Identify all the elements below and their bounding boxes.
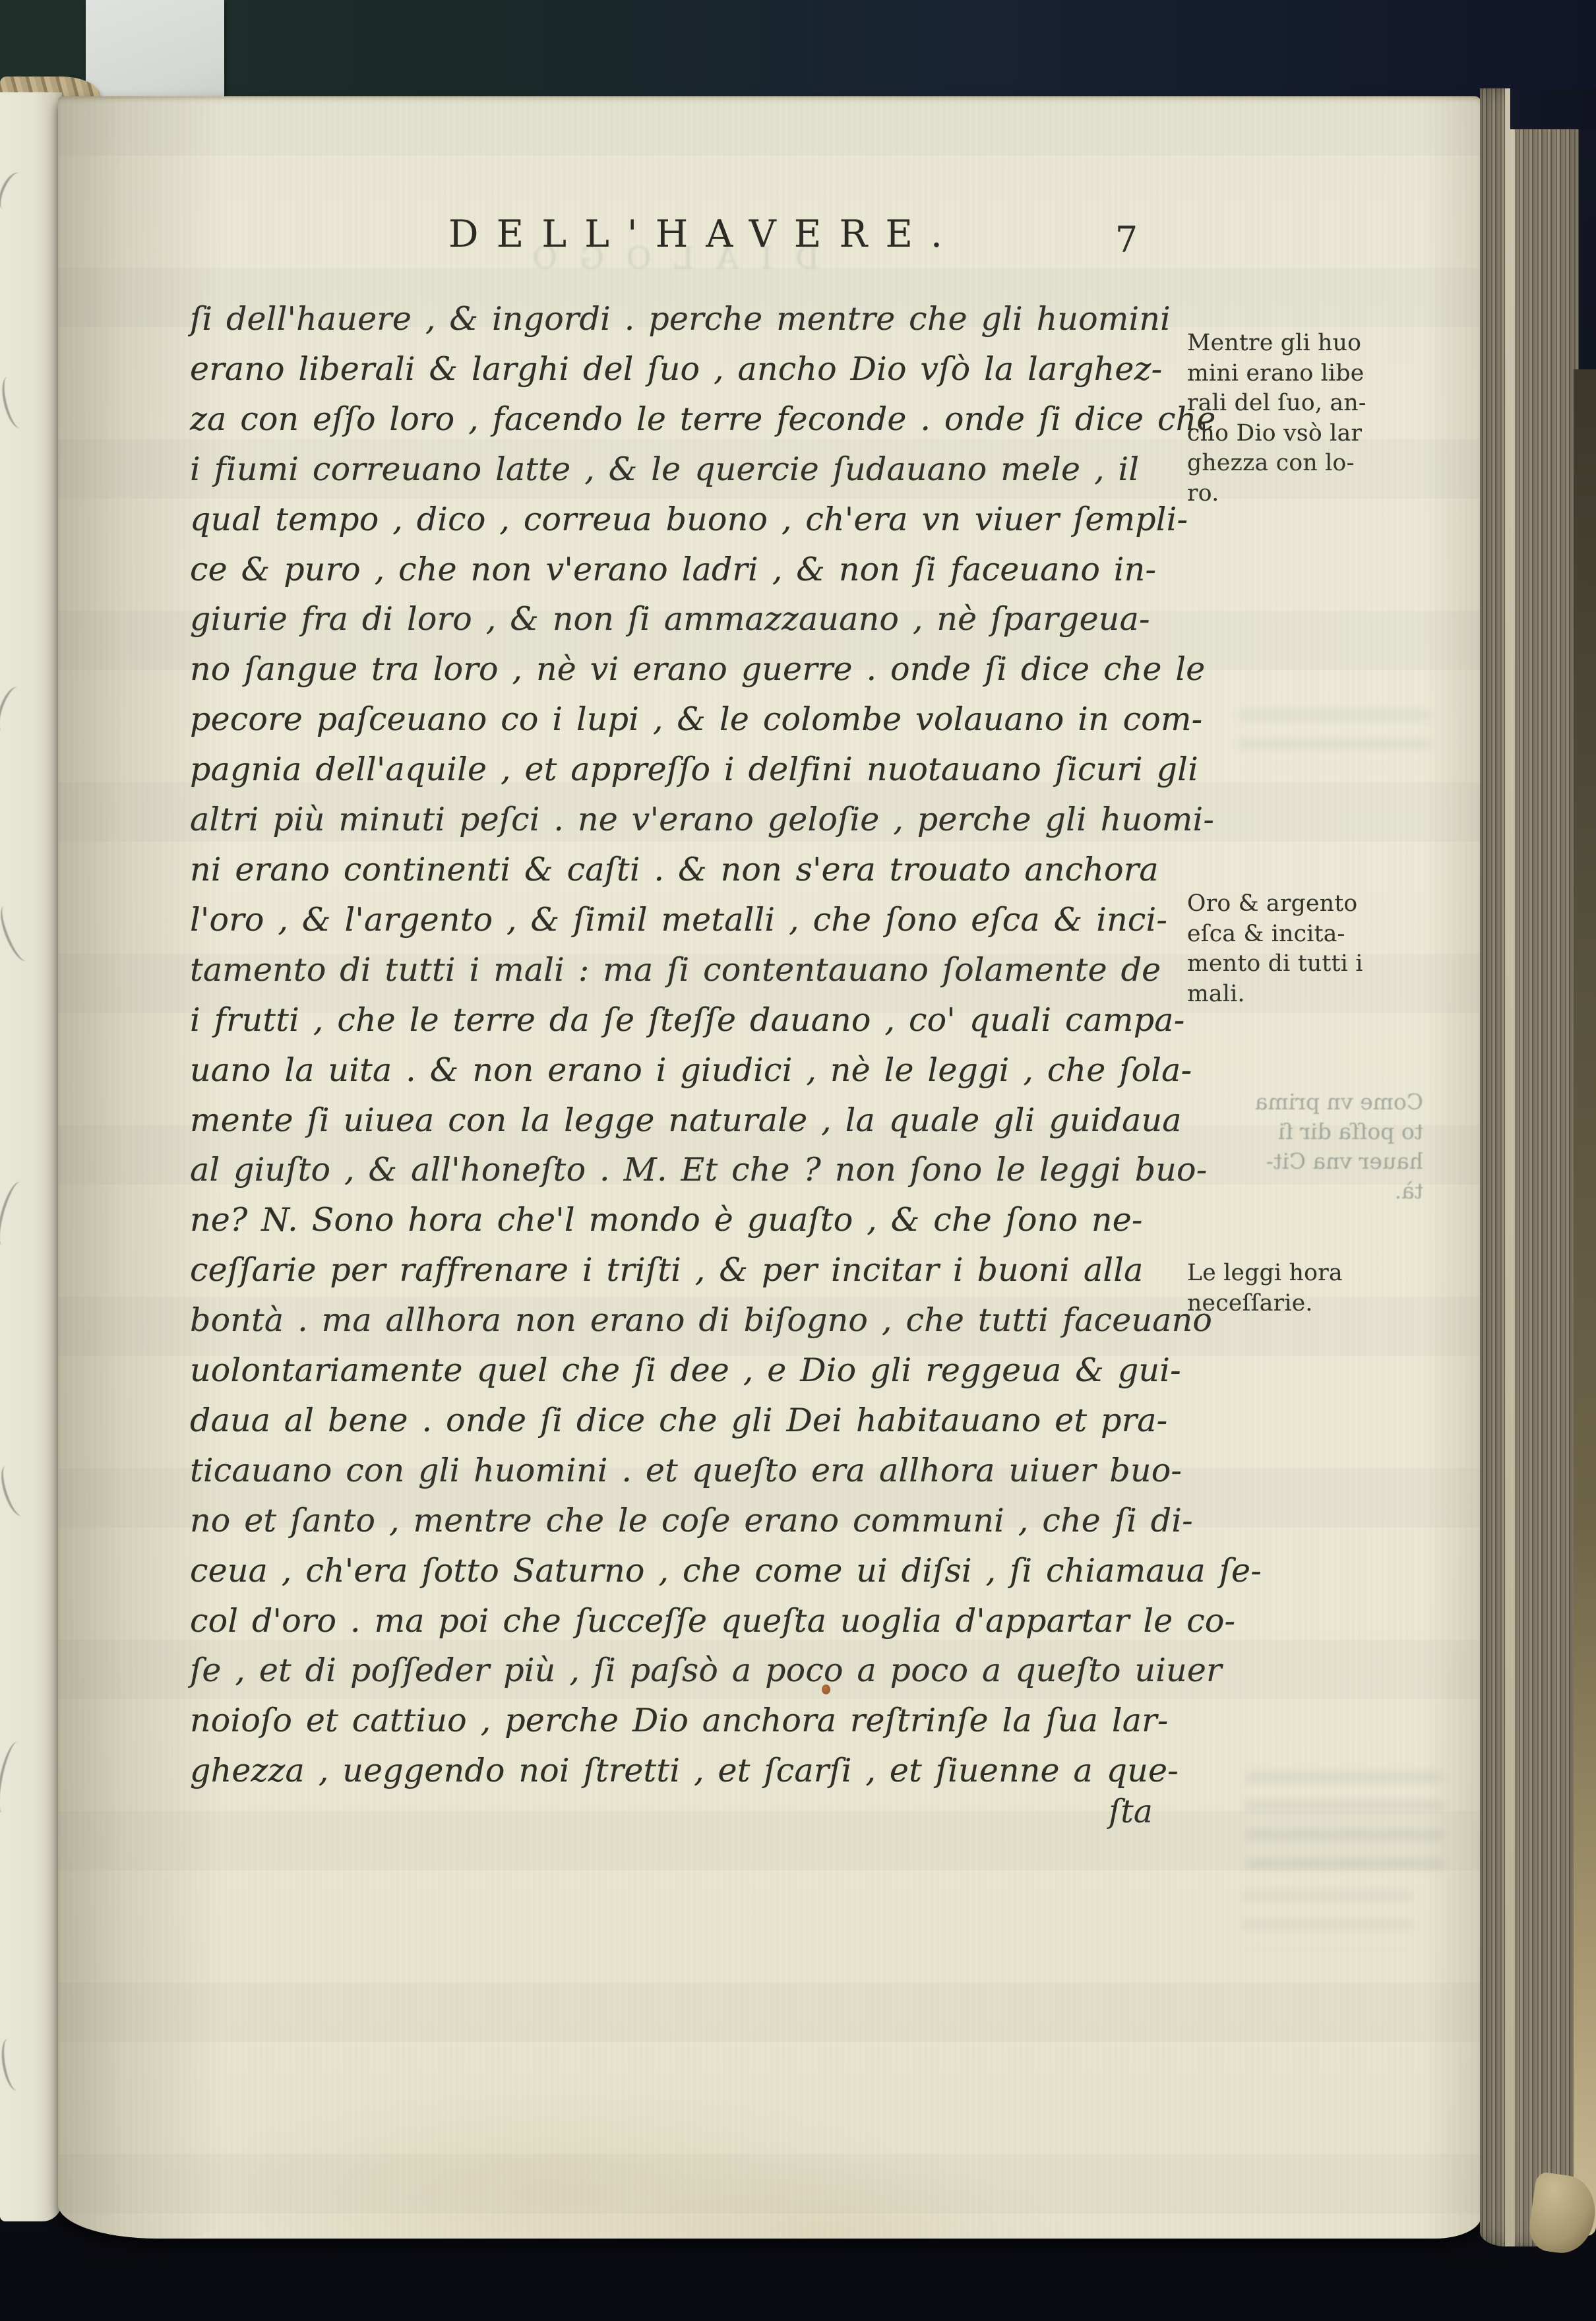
bleedthrough-line: hauer vna Cit- [1179, 1146, 1423, 1176]
text-line: qual tempo , dico , correua buono , ch'e… [190, 495, 1173, 545]
text-line: daua al bene . onde ſi dice che gli Dei … [190, 1396, 1173, 1446]
margin-note-line: ghezza con lo- [1187, 449, 1422, 479]
ink-fragment [0, 902, 36, 965]
text-line: ni erano continenti & caſti . & non s'er… [190, 845, 1173, 895]
ink-fragment [0, 1740, 27, 1815]
text-line: ceua , ch'era ſotto Saturno , che come u… [190, 1546, 1173, 1596]
text-line: l'oro , & l'argento , & ſimil metalli , … [190, 895, 1173, 945]
text-line: giurie fra di loro , & non ſi ammazzauan… [190, 594, 1173, 644]
page-number: 7 [1087, 219, 1166, 261]
text-line: ce & puro , che non v'erano ladri , & no… [190, 545, 1173, 595]
text-line: no ſangue tra loro , nè vi erano guerre … [190, 644, 1173, 695]
text-line: ſi dell'hauere , & ingordi . perche ment… [190, 294, 1173, 344]
text-line: bontà . ma allhora non erano di biſogno … [190, 1295, 1173, 1346]
margin-note: Mentre gli huomini erano liberali del ſu… [1187, 328, 1422, 509]
margin-note-line: ro. [1187, 479, 1422, 509]
text-line: pagnia dell'aquile , et appreſſo i delfi… [190, 745, 1173, 795]
margin-note-line: rali del ſuo, an- [1187, 388, 1422, 419]
book-cover-edge [1574, 369, 1596, 2236]
bleedthrough-line: tà. [1179, 1176, 1423, 1206]
margin-note-line: Le leggi hora [1187, 1258, 1422, 1289]
text-line: tamento di tutti i mali : ma ſi contenta… [190, 945, 1173, 995]
margin-note-line: Oro & argento [1187, 889, 1422, 919]
catchword: ſta [981, 1793, 1153, 1830]
bleedthrough-note: Come vn primato poſſa dir ſihauer vna Ci… [1179, 1087, 1423, 1206]
text-line: za con eſſo loro , facendo le terre feco… [190, 394, 1173, 445]
fore-edge-pages [1480, 88, 1579, 2246]
margin-note-line: cho Dio vsò lar [1187, 419, 1422, 449]
bleedthrough-line: Come vn prima [1179, 1087, 1423, 1117]
margin-note-line: Mentre gli huo [1187, 328, 1422, 359]
text-line: ticauano con gli huomini . et queſto era… [190, 1446, 1173, 1496]
bleedthrough-smudge [1245, 1772, 1443, 1871]
text-line: noioſo et cattiuo , perche Dio anchora r… [190, 1696, 1173, 1746]
bleedthrough-smudge [1242, 1890, 1413, 1950]
text-line: mente ſi uiuea con la legge naturale , l… [190, 1096, 1173, 1146]
text-line: col d'oro . ma poi che ſucceſſe queſta u… [190, 1596, 1173, 1646]
text-line: ne? N. Sono hora che'l mondo è guaſto , … [190, 1195, 1173, 1245]
fore-edge-highlight [1505, 88, 1515, 2246]
shelf-label-card [86, 0, 224, 109]
text-line: i fiumi correuano latte , & le quercie ſ… [190, 445, 1173, 495]
ink-fragment [0, 375, 30, 431]
margin-note-line: neceſſarie. [1187, 1289, 1422, 1319]
book-page: DIALOGO DELL'HAVERE. 7 ſi dell'hauere , … [58, 96, 1481, 2239]
running-title: DELL'HAVERE. [276, 212, 1133, 256]
text-line: erano liberali & larghi del ſuo , ancho … [190, 344, 1173, 394]
main-text: ſi dell'hauere , & ingordi . perche ment… [190, 294, 1173, 1796]
margin-note: Oro & argentoeſca & incita-mento di tutt… [1187, 889, 1422, 1009]
text-line: ghezza , ueggendo noi ſtretti , et ſcarſ… [190, 1746, 1173, 1796]
ink-fragment [0, 2037, 27, 2092]
margin-note-line: eſca & incita- [1187, 919, 1422, 950]
margin-note-line: mali. [1187, 979, 1422, 1010]
bleedthrough-smudge [1239, 710, 1430, 769]
text-line: altri più minuti peſci . ne v'erano gelo… [190, 795, 1173, 845]
text-line: al giuſto , & all'honeſto . M. Et che ? … [190, 1145, 1173, 1195]
ink-fragment [0, 169, 28, 213]
book-photograph: { "page": { "header": { "title": "DELL'H… [0, 0, 1596, 2321]
ink-fragment [0, 1462, 32, 1518]
text-line: ceſſarie per raffrenare i triſti , & per… [190, 1245, 1173, 1295]
text-line: i frutti , che le terre da ſe ſteſſe dau… [190, 995, 1173, 1045]
fore-edge-top-step [1510, 88, 1596, 129]
rust-stain [822, 1685, 830, 1694]
text-line: ſe , et di poſſeder più , ſi paſsò a poc… [190, 1646, 1173, 1696]
text-line: uano la uita . & non erano i giudici , n… [190, 1045, 1173, 1096]
margin-note-line: mini erano libe [1187, 359, 1422, 389]
ink-fragment [0, 684, 27, 734]
margin-note: Le leggi horaneceſſarie. [1187, 1258, 1422, 1318]
background-top-band [0, 0, 1596, 111]
text-line: no et ſanto , mentre che le coſe erano c… [190, 1496, 1173, 1546]
text-line: uolontariamente quel che ſi dee , e Dio … [190, 1346, 1173, 1396]
text-line: pecore paſceuano co i lupi , & le colomb… [190, 695, 1173, 745]
bleedthrough-line: to poſſa dir ſi [1179, 1117, 1423, 1146]
margin-note-line: mento di tutti i [1187, 949, 1422, 979]
ink-fragment [0, 1179, 30, 1248]
facing-page-edge [0, 92, 62, 2221]
